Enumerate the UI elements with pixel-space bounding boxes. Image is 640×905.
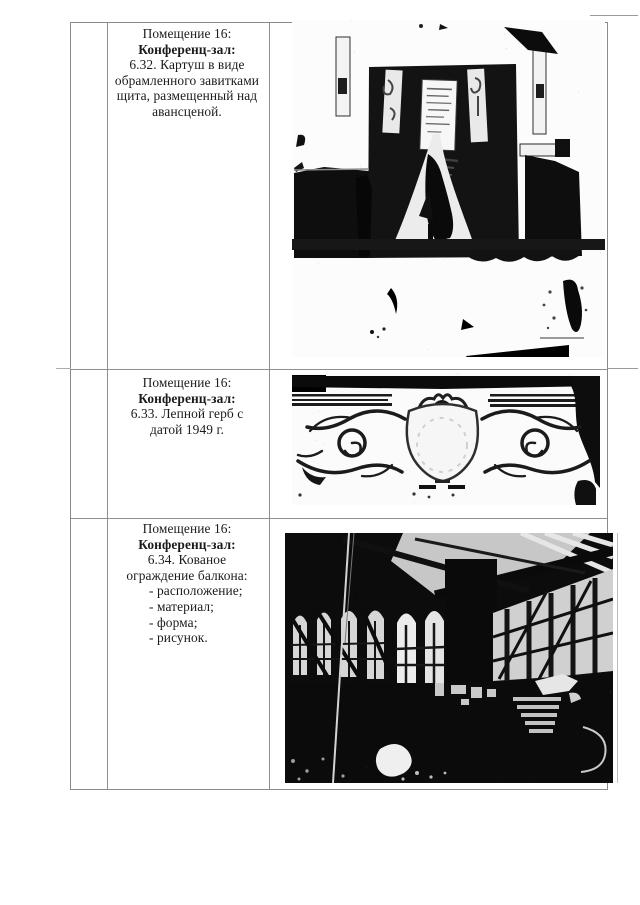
photo-hall-interior xyxy=(285,533,613,783)
hall-label: Конференц-зал: xyxy=(107,42,267,58)
photo-stage-cartouche xyxy=(292,20,605,357)
scan-artifact-line xyxy=(608,368,638,369)
hall-label: Конференц-зал: xyxy=(107,537,267,553)
scanned-document-page: Помещение 16: Конференц-зал: 6.32. Карту… xyxy=(0,0,640,905)
row-3-description-cell: Помещение 16: Конференц-зал: 6.34. Кован… xyxy=(107,521,267,646)
hall-label: Конференц-зал: xyxy=(107,391,267,407)
item-description: 6.34. Кованое ограждение балкона: xyxy=(107,552,267,583)
table-row-divider-2 xyxy=(71,518,607,519)
table-vline-text-photo xyxy=(269,23,270,789)
item-detail-list: - расположение; - материал; - форма; - р… xyxy=(107,583,267,645)
room-label: Помещение 16: xyxy=(107,26,267,42)
table-row-divider-1 xyxy=(71,369,607,370)
photo-stucco-emblem xyxy=(292,373,600,505)
scan-artifact-line xyxy=(56,368,71,369)
room-label: Помещение 16: xyxy=(107,375,267,391)
scan-artifact-line xyxy=(617,533,618,783)
row-1-description-cell: Помещение 16: Конференц-зал: 6.32. Карту… xyxy=(107,26,267,120)
room-label: Помещение 16: xyxy=(107,521,267,537)
scan-artifact-line xyxy=(590,15,638,16)
row-2-description-cell: Помещение 16: Конференц-зал: 6.33. Лепно… xyxy=(107,375,267,437)
item-description: 6.32. Картуш в виде обрамленного завитка… xyxy=(107,57,267,119)
item-description: 6.33. Лепной герб с датой 1949 г. xyxy=(107,406,267,437)
